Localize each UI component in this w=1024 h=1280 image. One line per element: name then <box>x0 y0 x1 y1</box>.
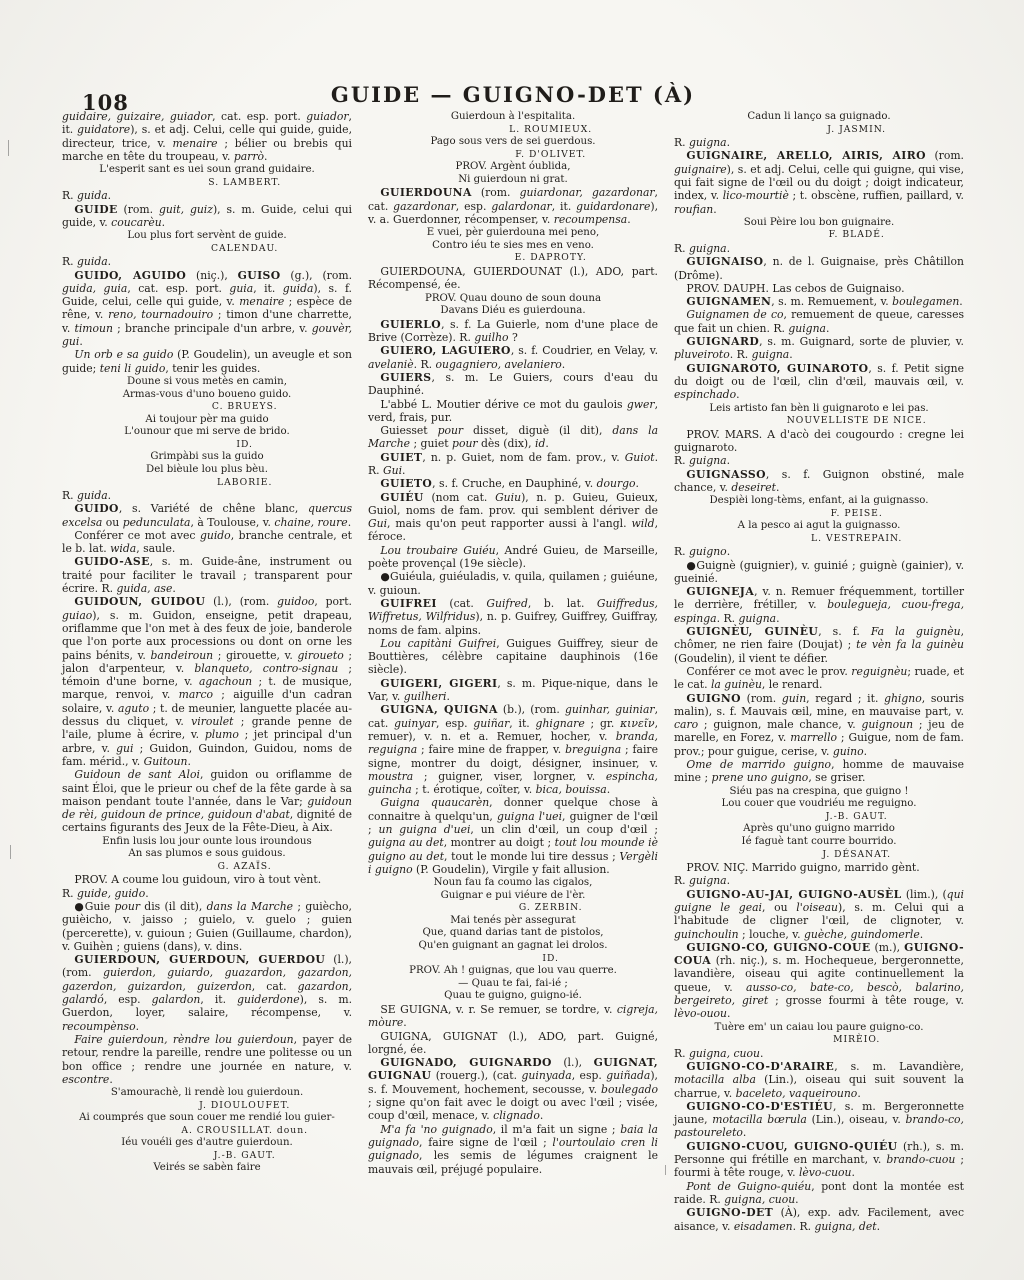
attribution: J. DÉSANAT. <box>674 849 964 861</box>
attribution: E. DAPROTY. <box>368 252 658 264</box>
entry-paragraph: GUIERDOUN, GUERDOUN, GUERDOU (l.), (rom.… <box>62 953 352 1033</box>
entry-paragraph: Guignamen de co, remuement de queue, car… <box>674 308 964 335</box>
verse-quote: Ai toujour pèr ma guidoL'ounour que mi s… <box>62 414 352 439</box>
attribution: G. AZAÏS. <box>62 861 352 873</box>
verse-line: Del bièule lou plus bèu. <box>62 464 352 477</box>
column-right: Cadun li lanço sa guignado.J. JASMIN.R. … <box>674 110 964 1233</box>
paragraph-continuation: R. guida. <box>62 255 352 268</box>
verse-line: E vuei, pèr guierdouna mei peno, <box>368 227 658 240</box>
entry-paragraph: Conférer ce mot avec le prov. reguignèu;… <box>674 665 964 692</box>
verse-line: Ai coumprés que soun couer me rendié lou… <box>62 1112 352 1125</box>
text-columns: guidaire, guizaire, guiador, cat. esp. p… <box>62 110 964 1233</box>
verse-quote: Grimpàbi sus la guidoDel bièule lou plus… <box>62 451 352 476</box>
entry-paragraph: PROV. MARS. A d'acò dei cougourdo : creg… <box>674 428 964 455</box>
paragraph-continuation: R. guigno. <box>674 545 964 558</box>
verse-quote: Après qu'uno guigno marridoIé faguè tant… <box>674 823 964 848</box>
entry-paragraph: GUIGNASSO, s. f. Guignon obstiné, male c… <box>674 468 964 495</box>
verse-line: PROV. Quau douno de soun douna <box>368 293 658 306</box>
verse-line: Soui Pèire lou bon guignaire. <box>674 217 964 230</box>
attribution: L. ROUMIEUX. <box>368 124 658 136</box>
verse-line: L'ounour que mi serve de brido. <box>62 426 352 439</box>
verse-quote: Leis artisto fan bèn li guignaroto e lei… <box>674 403 964 416</box>
verse-line: Ai toujour pèr ma guido <box>62 414 352 427</box>
verse-quote: Siéu pas na crespina, que guigno !Lou co… <box>674 786 964 811</box>
verse-quote: PROV. Ah ! guignas, que lou vau querre.—… <box>368 965 658 1003</box>
entry-paragraph: M'a fa 'no guignado, il m'a fait un sign… <box>368 1123 658 1176</box>
column-middle: Guierdoun à l'espitalita.L. ROUMIEUX.Pag… <box>368 110 658 1176</box>
verse-quote: E vuei, pèr guierdouna mei peno,Contro i… <box>368 227 658 252</box>
entry-paragraph: GUIDE (rom. guit, guiz), s. m. Guide, ce… <box>62 203 352 230</box>
verse-line: Pago sous vers de sei guerdous. <box>368 136 658 149</box>
verse-quote: Pago sous vers de sei guerdous. <box>368 136 658 149</box>
verse-line: A la pesco ai agut la guignasso. <box>674 520 964 533</box>
verse-line: An sas plumos e sous guidous. <box>62 848 352 861</box>
attribution: LABORIE. <box>62 477 352 489</box>
paragraph-continuation: R. guigna. <box>674 136 964 149</box>
verse-line: Guignar e pui viéure de l'èr. <box>368 890 658 903</box>
verse-quote: Soui Pèire lou bon guignaire. <box>674 217 964 230</box>
entry-paragraph: Guiesset pour disset, diguè (il dit), da… <box>368 424 658 451</box>
verse-quote: Cadun li lanço sa guignado. <box>674 111 964 124</box>
entry-paragraph: GUIGNAIRE, ARELLO, AIRIS, AIRO (rom. gui… <box>674 149 964 215</box>
verse-line: Lou couer que voudriéu me reguigno. <box>674 798 964 811</box>
entry-paragraph: GUIGNO-CO, GUIGNO-COUE (m.), GUIGNO-COUA… <box>674 941 964 1021</box>
entry-paragraph: GUIDOUN, GUIDOU (l.), (rom. guidoo, port… <box>62 595 352 768</box>
entry-paragraph: GUIÉU (nom cat. Guiu), n. p. Guieu, Guie… <box>368 491 658 544</box>
verse-quote: Guierdoun à l'espitalita. <box>368 111 658 124</box>
page-masthead: 108 GUIDE — GUIGNO-DET (À) <box>62 58 964 110</box>
entry-paragraph: GUIDO-ASE, s. m. Guide-âne, instrument o… <box>62 555 352 595</box>
verse-line: PROV. Ah ! guignas, que lou vau querre. <box>368 965 658 978</box>
scan-artifact <box>10 845 11 859</box>
verse-line: Noun fau fa coumo las cigalos, <box>368 877 658 890</box>
attribution: L. VESTREPAIN. <box>674 533 964 545</box>
attribution: J.-B. GAUT. <box>674 811 964 823</box>
verse-quote: Iéu vouéli ges d'autre guierdoun. <box>62 1137 352 1150</box>
attribution: C. BRUEYS. <box>62 401 352 413</box>
entry-paragraph: PROV. A coume lou guidoun, viro à tout v… <box>62 873 352 886</box>
paragraph-continuation: guidaire, guizaire, guiador, cat. esp. p… <box>62 110 352 163</box>
verse-line: Ni guierdoun ni grat. <box>368 174 658 187</box>
running-title: GUIDE — GUIGNO-DET (À) <box>62 82 964 107</box>
entry-paragraph: L'abbé L. Moutier dérive ce mot du gaulo… <box>368 398 658 425</box>
attribution: MIRÈIO. <box>674 1034 964 1046</box>
attribution: S. LAMBERT. <box>62 177 352 189</box>
verse-quote: Tuère em' un caiau lou paure guigno-co. <box>674 1022 964 1035</box>
verse-line: Cadun li lanço sa guignado. <box>674 111 964 124</box>
verse-quote: Ai coumprés que soun couer me rendié lou… <box>62 1112 352 1125</box>
verse-quote: Veirés se sabèn faire <box>62 1162 352 1175</box>
verse-quote: Despièi long-tèms, enfant, ai la guignas… <box>674 495 964 508</box>
verse-line: — Quau te fai, fai-ié ; <box>368 978 658 991</box>
verse-line: Ié faguè tant courre bourrido. <box>674 836 964 849</box>
scan-artifact <box>8 140 9 156</box>
entry-paragraph: GUIERLO, s. f. La Guierle, nom d'une pla… <box>368 318 658 345</box>
entry-paragraph: GUIERS, s. m. Le Guiers, cours d'eau du … <box>368 371 658 398</box>
entry-paragraph: Ome de marrido guigno, homme de mauvaise… <box>674 758 964 785</box>
attribution: CALENDAU. <box>62 243 352 255</box>
verse-line: Doune si vous metès en camin, <box>62 376 352 389</box>
verse-quote: Lou plus fort servènt de guide. <box>62 230 352 243</box>
entry-paragraph: ●Guignè (guignier), v. guinié ; guignè (… <box>674 559 964 586</box>
entry-paragraph: GUIET, n. p. Guiet, nom de fam. prov., v… <box>368 451 658 478</box>
attribution: NOUVELLISTE DE NICE. <box>674 415 964 427</box>
entry-paragraph: GUIETO, s. f. Cruche, en Dauphiné, v. do… <box>368 477 658 490</box>
verse-line: Veirés se sabèn faire <box>62 1162 352 1175</box>
verse-quote: A la pesco ai agut la guignasso. <box>674 520 964 533</box>
entry-paragraph: Faire guierdoun, rèndre lou guierdoun, p… <box>62 1033 352 1086</box>
verse-quote: Doune si vous metès en camin,Armas-vous … <box>62 376 352 401</box>
attribution: J. JASMIN. <box>674 124 964 136</box>
verse-line: Lou plus fort servènt de guide. <box>62 230 352 243</box>
paragraph-continuation: R. guida. <box>62 489 352 502</box>
entry-paragraph: GUIERO, LAGUIERO, s. f. Coudrier, en Vel… <box>368 344 658 371</box>
verse-quote: Noun fau fa coumo las cigalos,Guignar e … <box>368 877 658 902</box>
attribution: G. ZERBIN. <box>368 902 658 914</box>
attribution: ID. <box>62 439 352 451</box>
entry-paragraph: SE GUIGNA, v. r. Se remuer, se tordre, v… <box>368 1003 658 1030</box>
verse-quote: Mai tenés pèr asseguratQue, quand darias… <box>368 915 658 953</box>
verse-quote: PROV. Quau douno de soun dounaDavans Dié… <box>368 293 658 318</box>
paragraph-continuation: R. guigna. <box>674 242 964 255</box>
verse-quote: S'amourachè, li rendè lou guierdoun. <box>62 1087 352 1100</box>
paragraph-continuation: R. guide, guido. <box>62 887 352 900</box>
verse-line: Quau te guigno, guigno-ié. <box>368 990 658 1003</box>
paragraph-continuation: R. guigna. <box>674 454 964 467</box>
verse-line: Leis artisto fan bèn li guignaroto e lei… <box>674 403 964 416</box>
entry-paragraph: GUIDO, AGUIDO (niç.), GUISO (g.), (rom. … <box>62 269 352 349</box>
verse-line: L'esperit sant es uei soun grand guidair… <box>62 164 352 177</box>
entry-paragraph: PROV. NIÇ. Marrido guigno, marrido gènt. <box>674 861 964 874</box>
entry-paragraph: Conférer ce mot avec guido, branche cent… <box>62 529 352 556</box>
entry-paragraph: GUIGNA, GUIGNAT (l.), ADO, part. Guigné,… <box>368 1030 658 1057</box>
verse-line: Contro iéu te sies mes en veno. <box>368 240 658 253</box>
entry-paragraph: Lou capitàni Guifrei, Guigues Guiffrey, … <box>368 637 658 677</box>
verse-line: Despièi long-tèms, enfant, ai la guignas… <box>674 495 964 508</box>
verse-line: Guierdoun à l'espitalita. <box>368 111 658 124</box>
attribution: F. D'OLIVET. <box>368 149 658 161</box>
entry-paragraph: PROV. DAUPH. Las cebos de Guignaiso. <box>674 282 964 295</box>
paragraph-continuation: R. guida. <box>62 189 352 202</box>
entry-paragraph: Lou troubaire Guiéu, André Guieu, de Mar… <box>368 544 658 571</box>
entry-paragraph: GUIGNARD, s. m. Guignard, sorte de pluvi… <box>674 335 964 362</box>
verse-line: S'amourachè, li rendè lou guierdoun. <box>62 1087 352 1100</box>
entry-paragraph: Guidoun de sant Aloi, guidon ou oriflamm… <box>62 768 352 834</box>
entry-paragraph: GUIGNO (rom. guin, regard ; it. ghigno, … <box>674 692 964 758</box>
verse-line: Davans Diéu es guierdouna. <box>368 305 658 318</box>
dictionary-page: 108 GUIDE — GUIGNO-DET (À) guidaire, gui… <box>0 0 1024 1280</box>
entry-paragraph: GUIGNO-CUOU, GUIGNO-QUIÉU (rh.), s. m. P… <box>674 1140 964 1180</box>
attribution: F. BLADÉ. <box>674 229 964 241</box>
verse-quote: Enfin lusis lou jour ounte lous iroundou… <box>62 836 352 861</box>
attribution: J.-B. GAUT. <box>62 1150 352 1162</box>
entry-paragraph: Pont de Guigno-quiéu, pont dont la monté… <box>674 1180 964 1207</box>
entry-paragraph: GUIGNA, QUIGNA (b.), (rom. guinhar, guin… <box>368 703 658 796</box>
attribution: F. PEISE. <box>674 508 964 520</box>
verse-line: Iéu vouéli ges d'autre guierdoun. <box>62 1137 352 1150</box>
attribution: A. CROUSILLAT. doun. <box>62 1125 352 1137</box>
attribution: J. DIOULOUFET. <box>62 1100 352 1112</box>
entry-paragraph: GUIGERI, GIGERI, s. m. Pique-nique, dans… <box>368 677 658 704</box>
entry-paragraph: GUIDO, s. Variété de chêne blanc, quercu… <box>62 502 352 529</box>
entry-paragraph: GUIGNAROTO, GUINAROTO, s. f. Petit signe… <box>674 362 964 402</box>
verse-quote: L'esperit sant es uei soun grand guidair… <box>62 164 352 177</box>
verse-line: Tuère em' un caiau lou paure guigno-co. <box>674 1022 964 1035</box>
entry-paragraph: GUIERDOUNA (rom. guiardonar, gazardonar,… <box>368 186 658 226</box>
entry-paragraph: GUIGNEJA, v. n. Remuer fréquemment, tort… <box>674 585 964 625</box>
entry-paragraph: GUIGNÈU, GUINÈU, s. f. Fa la guignèu, ch… <box>674 625 964 665</box>
entry-paragraph: GUIERDOUNA, GUIERDOUNAT (l.), ADO, part.… <box>368 265 658 292</box>
verse-quote: PROV. Argènt óublida,Ni guierdoun ni gra… <box>368 161 658 186</box>
entry-paragraph: GUIGNO-AU-JAI, GUIGNO-AUSÈL (lim.), (qui… <box>674 888 964 941</box>
paragraph-continuation: R. guigna. <box>674 874 964 887</box>
verse-line: Armas-vous d'uno boueno guido. <box>62 389 352 402</box>
entry-paragraph: GUIGNO-CO-D'ESTIÉU, s. m. Bergeronnette … <box>674 1100 964 1140</box>
verse-line: Enfin lusis lou jour ounte lous iroundou… <box>62 836 352 849</box>
verse-line: Mai tenés pèr assegurat <box>368 915 658 928</box>
verse-line: Siéu pas na crespina, que guigno ! <box>674 786 964 799</box>
attribution: ID. <box>368 953 658 965</box>
verse-line: Que, quand darias tant de pistolos, <box>368 927 658 940</box>
entry-paragraph: GUIGNO-DET (À), exp. adv. Facilement, av… <box>674 1206 964 1233</box>
scan-artifact <box>665 1165 666 1175</box>
paragraph-continuation: R. guigna, cuou. <box>674 1047 964 1060</box>
entry-paragraph: Un orb e sa guido (P. Goudelin), un aveu… <box>62 348 352 375</box>
column-left: guidaire, guizaire, guiador, cat. esp. p… <box>62 110 352 1175</box>
entry-paragraph: GUIGNAISO, n. de l. Guignaise, près Chât… <box>674 255 964 282</box>
entry-paragraph: GUIGNO-CO-D'ARAIRE, s. m. Lavandière, mo… <box>674 1060 964 1100</box>
entry-paragraph: Guigna quaucarèn, donner quelque chose à… <box>368 796 658 876</box>
entry-paragraph: GUIFREI (cat. Guifred, b. lat. Guiffredu… <box>368 597 658 637</box>
entry-paragraph: GUIGNAMEN, s. m. Remuement, v. boulegame… <box>674 295 964 308</box>
verse-line: PROV. Argènt óublida, <box>368 161 658 174</box>
entry-paragraph: GUIGNADO, GUIGNARDO (l.), GUIGNAT, GUIGN… <box>368 1056 658 1122</box>
entry-paragraph: ●Guie pour dis (il dit), dans la Marche … <box>62 900 352 953</box>
verse-line: Qu'en guignant an gagnat lei drolos. <box>368 940 658 953</box>
verse-line: Après qu'uno guigno marrido <box>674 823 964 836</box>
entry-paragraph: ●Guiéula, guiéuladis, v. quila, quilamen… <box>368 570 658 597</box>
verse-line: Grimpàbi sus la guido <box>62 451 352 464</box>
